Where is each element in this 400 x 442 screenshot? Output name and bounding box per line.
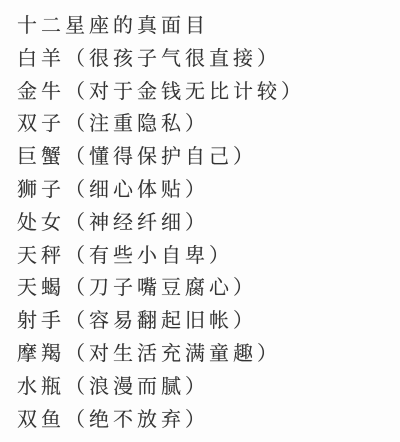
zodiac-line-scorpio: 天蝎（刀子嘴豆腐心） <box>17 271 394 304</box>
text-block: 十二星座的真面目 白羊（很孩子气很直接） 金牛（对于金钱无比计较） 双子（注重隐… <box>17 9 394 435</box>
page-title: 十二星座的真面目 <box>17 9 394 42</box>
zodiac-line-libra: 天秤（有些小自卑） <box>17 239 394 272</box>
zodiac-line-gemini: 双子（注重隐私） <box>17 107 394 140</box>
zodiac-text-image: 十二星座的真面目 白羊（很孩子气很直接） 金牛（对于金钱无比计较） 双子（注重隐… <box>0 0 400 442</box>
zodiac-line-virgo: 处女（神经纤细） <box>17 206 394 239</box>
zodiac-line-aquarius: 水瓶（浪漫而腻） <box>17 370 394 403</box>
zodiac-line-sagittarius: 射手（容易翻起旧帐） <box>17 304 394 337</box>
zodiac-line-aries: 白羊（很孩子气很直接） <box>17 42 394 75</box>
zodiac-line-pisces: 双鱼（绝不放弃） <box>17 403 394 436</box>
zodiac-line-leo: 狮子（细心体贴） <box>17 173 394 206</box>
zodiac-line-capricorn: 摩羯（对生活充满童趣） <box>17 337 394 370</box>
zodiac-line-cancer: 巨蟹（懂得保护自己） <box>17 140 394 173</box>
zodiac-line-taurus: 金牛（对于金钱无比计较） <box>17 75 394 108</box>
